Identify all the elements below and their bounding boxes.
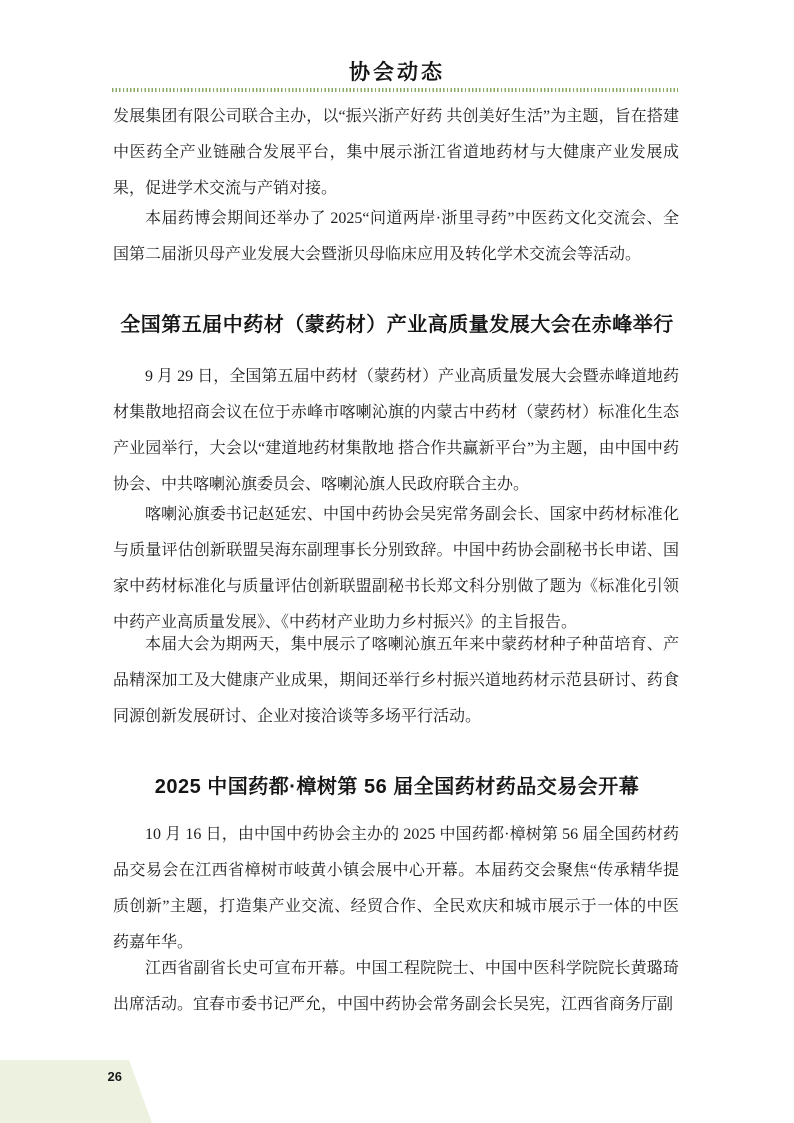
page-number: 26 (60, 1069, 122, 1084)
page-header-title: 协会动态 (0, 56, 794, 86)
body-paragraph: 本届大会为期两天，集中展示了喀喇沁旗五年来中蒙药材种子种苗培育、产品精深加工及大… (113, 627, 679, 735)
body-paragraph: 发展集团有限公司联合主办，以“振兴浙产好药 共创美好生活”为主题，旨在搭建中医药… (113, 99, 679, 207)
body-paragraph: 本届药博会期间还举办了 2025“问道两岸·浙里寻药”中医药文化交流会、全国第二… (113, 201, 679, 273)
section-heading: 2025 中国药都·樟树第 56 届全国药材药品交易会开幕 (70, 773, 724, 801)
section-heading: 全国第五届中药材（蒙药材）产业高质量发展大会在赤峰举行 (70, 311, 724, 339)
body-paragraph: 喀喇沁旗委书记赵延宏、中国中药协会吴宪常务副会长、国家中药材标准化与质量评估创新… (113, 497, 679, 641)
document-page: 协会动态 发展集团有限公司联合主办，以“振兴浙产好药 共创美好生活”为主题，旨在… (0, 0, 794, 1123)
body-paragraph: 9 月 29 日，全国第五届中药材（蒙药材）产业高质量发展大会暨赤峰道地药材集散… (113, 359, 679, 503)
header-dotted-divider (112, 88, 678, 92)
body-paragraph: 江西省副省长史可宣布开幕。中国工程院院士、中国中医科学院院长黄璐琦出席活动。宜春… (113, 951, 679, 1023)
body-paragraph: 10 月 16 日，由中国中药协会主办的 2025 中国药都·樟树第 56 届全… (113, 817, 679, 961)
